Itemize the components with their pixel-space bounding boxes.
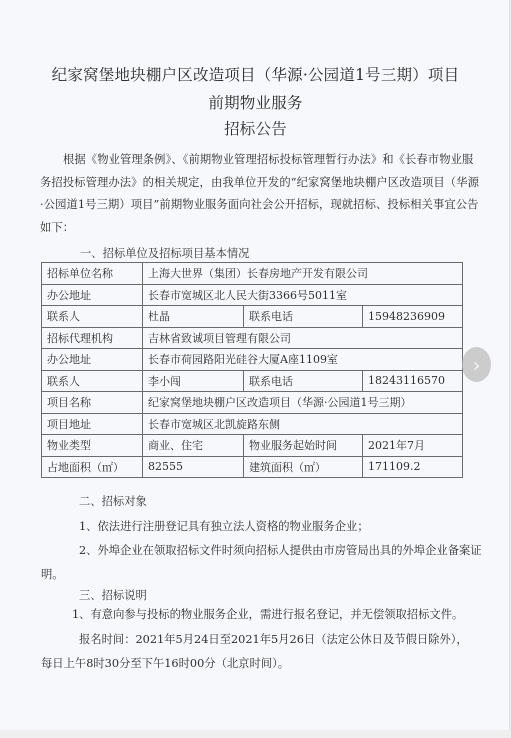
cell-label: 占地面积（㎡）: [42, 456, 143, 478]
cell-value: 李小闯: [143, 370, 244, 392]
cell-value: 2021年7月: [363, 435, 463, 457]
table-row: 项目名称 纪家窝堡地块棚户区改造项目（华源·公园道1号三期）: [42, 392, 463, 414]
cell-value: 长春市宽城区北凯旋路东侧: [143, 413, 463, 435]
document-title-line2: 前期物业服务: [0, 91, 511, 113]
cell-label: 联系电话: [244, 370, 363, 392]
cell-label: 建筑面积（㎡）: [244, 456, 363, 478]
cell-label: 物业类型: [42, 435, 143, 457]
cell-value: 吉林省致诚项目管理有限公司: [143, 327, 463, 349]
table-row: 办公地址 长春市荷园路阳光硅谷大厦A座1109室: [42, 349, 463, 371]
cell-value: 18243116570: [363, 370, 463, 392]
section1-heading: 一、招标单位及招标项目基本情况: [80, 245, 249, 261]
cell-value: 上海大世界（集团）长春房地产开发有限公司: [143, 263, 463, 285]
table-row: 项目地址 长春市宽城区北凯旋路东侧: [42, 413, 463, 435]
table-row: 招标单位名称 上海大世界（集团）长春房地产开发有限公司: [42, 263, 463, 285]
table-row: 占地面积（㎡） 82555 建筑面积（㎡） 171109.2: [42, 456, 463, 478]
cell-label: 项目名称: [42, 392, 143, 414]
registration-time-line2: 每日上午8时30分至下午16时00分（北京时间）。: [41, 655, 289, 671]
document-title-line3: 招标公告: [0, 117, 511, 139]
chevron-right-icon: ›: [473, 353, 481, 377]
cell-label: 联系人: [42, 370, 143, 392]
cell-value: 杜晶: [143, 306, 244, 328]
cell-label: 项目地址: [42, 413, 143, 435]
table-row: 物业类型 商业、住宅 物业服务起始时间 2021年7月: [42, 435, 463, 457]
table-row: 联系人 杜晶 联系电话 15948236909: [42, 306, 463, 328]
cell-label: 招标代理机构: [42, 327, 143, 349]
next-page-button[interactable]: ›: [462, 347, 491, 382]
section3-heading: 三、招标说明: [79, 587, 147, 603]
viewer-bottom-bar: [0, 730, 511, 738]
cell-value: 商业、住宅: [143, 435, 244, 457]
section2-item2-line2: 明。: [41, 566, 64, 582]
table-row: 联系人 李小闯 联系电话 18243116570: [42, 370, 463, 392]
cell-value: 纪家窝堡地块棚户区改造项目（华源·公园道1号三期）: [143, 392, 463, 414]
section2-item1: 1、依法进行注册登记具有独立法人资格的物业服务企业；: [79, 518, 369, 534]
section3-item1: 1、有意向参与投标的物业服务企业，需进行报名登记，并无偿领取招标文件。: [72, 606, 463, 622]
cell-value: 15948236909: [363, 306, 463, 328]
cell-value: 171109.2: [363, 456, 463, 478]
intro-paragraph: 根据《物业管理条例》、《前期物业管理招标投标管理暂行办法》和《长春市物业服务招投…: [40, 149, 480, 239]
cell-value: 82555: [143, 456, 244, 478]
cell-value: 长春市荷园路阳光硅谷大厦A座1109室: [143, 349, 463, 371]
section2-item2-line1: 2、外埠企业在领取招标文件时须向招标人提供由市房管局出具的外埠企业备案证: [79, 542, 482, 558]
cell-label: 办公地址: [42, 284, 143, 306]
cell-label: 办公地址: [42, 349, 143, 371]
cell-label: 招标单位名称: [42, 263, 143, 285]
section2-heading: 二、招标对象: [79, 493, 147, 509]
table-row: 办公地址 长春市宽城区北人民大街3366号5011室: [42, 284, 463, 306]
document-page: 纪家窝堡地块棚户区改造项目（华源·公园道1号三期）项目 前期物业服务 招标公告 …: [0, 0, 510, 730]
cell-value: 长春市宽城区北人民大街3366号5011室: [143, 284, 463, 306]
basic-info-table: 招标单位名称 上海大世界（集团）长春房地产开发有限公司 办公地址 长春市宽城区北…: [41, 262, 463, 478]
document-title-line1: 纪家窝堡地块棚户区改造项目（华源·公园道1号三期）项目: [0, 63, 511, 85]
cell-label: 物业服务起始时间: [244, 435, 363, 457]
registration-time-line1: 报名时间：2021年5月24日至2021年5月26日（法定公休日及节假日除外），: [79, 631, 468, 647]
cell-label: 联系人: [42, 306, 143, 328]
table-row: 招标代理机构 吉林省致诚项目管理有限公司: [42, 327, 463, 349]
cell-label: 联系电话: [244, 306, 363, 328]
